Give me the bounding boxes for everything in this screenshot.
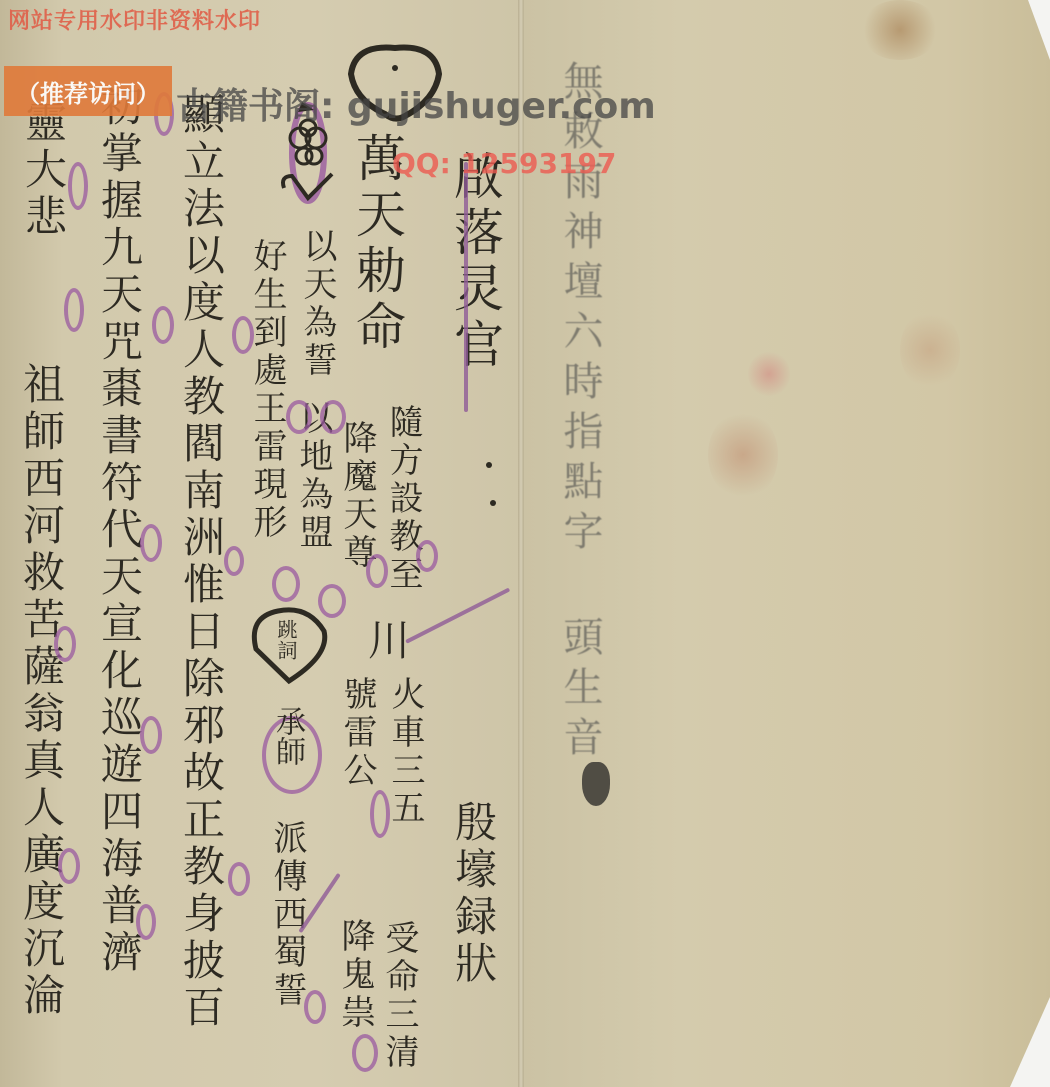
text-column: 號雷公 — [340, 676, 374, 790]
annotation-ring — [272, 566, 300, 602]
text-column: 靈大悲 — [22, 100, 64, 241]
tiao-ci-marker: 跳詞 — [248, 605, 330, 687]
text-column: 顯立法以度人教閻南洲惟日除邪故正教身披百 — [180, 92, 222, 1032]
text-column: 派傳西蜀誓 — [270, 820, 304, 1010]
ink-dot — [490, 500, 496, 506]
text-column: 祖師西河救苦薩翁真人廣度沉淪 — [20, 362, 62, 1020]
qq-watermark: QQ: 12593197 — [392, 147, 616, 180]
text-column: 啟落灵官 — [450, 150, 500, 374]
site-watermark: 古籍书阁: gujishuger.com — [176, 78, 656, 129]
annotation-stroke — [464, 162, 468, 412]
annotation-ring — [228, 862, 250, 896]
text-column: 降鬼祟 — [338, 918, 372, 1032]
text-column: 隨方設教至 — [386, 404, 420, 594]
text-column: 殷壕録狀 — [452, 800, 494, 988]
annotation-ring — [224, 546, 244, 576]
annotation-ring — [286, 400, 312, 434]
tiao-ci-label: 跳詞 — [276, 619, 296, 661]
text-column: 好生到處王雷現形 — [250, 238, 284, 542]
annotation-ring — [366, 554, 388, 588]
page-corner — [1010, 997, 1050, 1087]
text-column: 受命三清 — [382, 920, 416, 1072]
cheng-shi-marker: 承師 — [256, 700, 326, 790]
annotation-ring — [320, 400, 346, 434]
brown-stain — [860, 0, 940, 60]
text-column: 火車三五 — [388, 676, 422, 828]
annotation-ring — [140, 524, 162, 562]
manuscript-page: 無敕雨神壇六時指點字 頭生音 殷壕録狀 受命三清 降鬼祟 火車三五 號雷公 派傳… — [0, 0, 1050, 1087]
faded-text-column: 無敕雨神壇六時指點字 頭生音 — [560, 60, 600, 960]
text-column: 以天為誓 — [300, 228, 334, 380]
brown-stain — [900, 310, 960, 390]
recommend-visit-badge: （推荐访问） — [4, 66, 172, 116]
annotation-ring — [136, 904, 156, 940]
brown-stain — [708, 410, 778, 500]
page-corner — [1028, 0, 1050, 60]
watermark-notice: 网站专用水印非资料水印 — [8, 4, 261, 35]
annotation-ring — [54, 626, 76, 662]
annotation-ring — [58, 848, 80, 884]
annotation-ring — [64, 288, 84, 332]
text-column: 降魔天尊 — [340, 420, 374, 572]
text-column: 初掌握九天咒棗書符代天宣化巡遊四海普濟 — [98, 84, 140, 977]
ink-dot — [486, 462, 492, 468]
annotation-ring — [304, 990, 326, 1024]
annotation-ring — [140, 716, 162, 754]
annotation-ring — [352, 1034, 378, 1072]
annotation-ring — [416, 540, 438, 572]
annotation-ring — [232, 316, 254, 354]
annotation-ring — [318, 584, 346, 618]
annotation-ring — [370, 790, 390, 838]
red-stain — [748, 350, 790, 398]
annotation-ring — [152, 306, 174, 344]
annotation-ring — [68, 162, 88, 210]
cheng-shi-label: 承師 — [272, 706, 302, 766]
